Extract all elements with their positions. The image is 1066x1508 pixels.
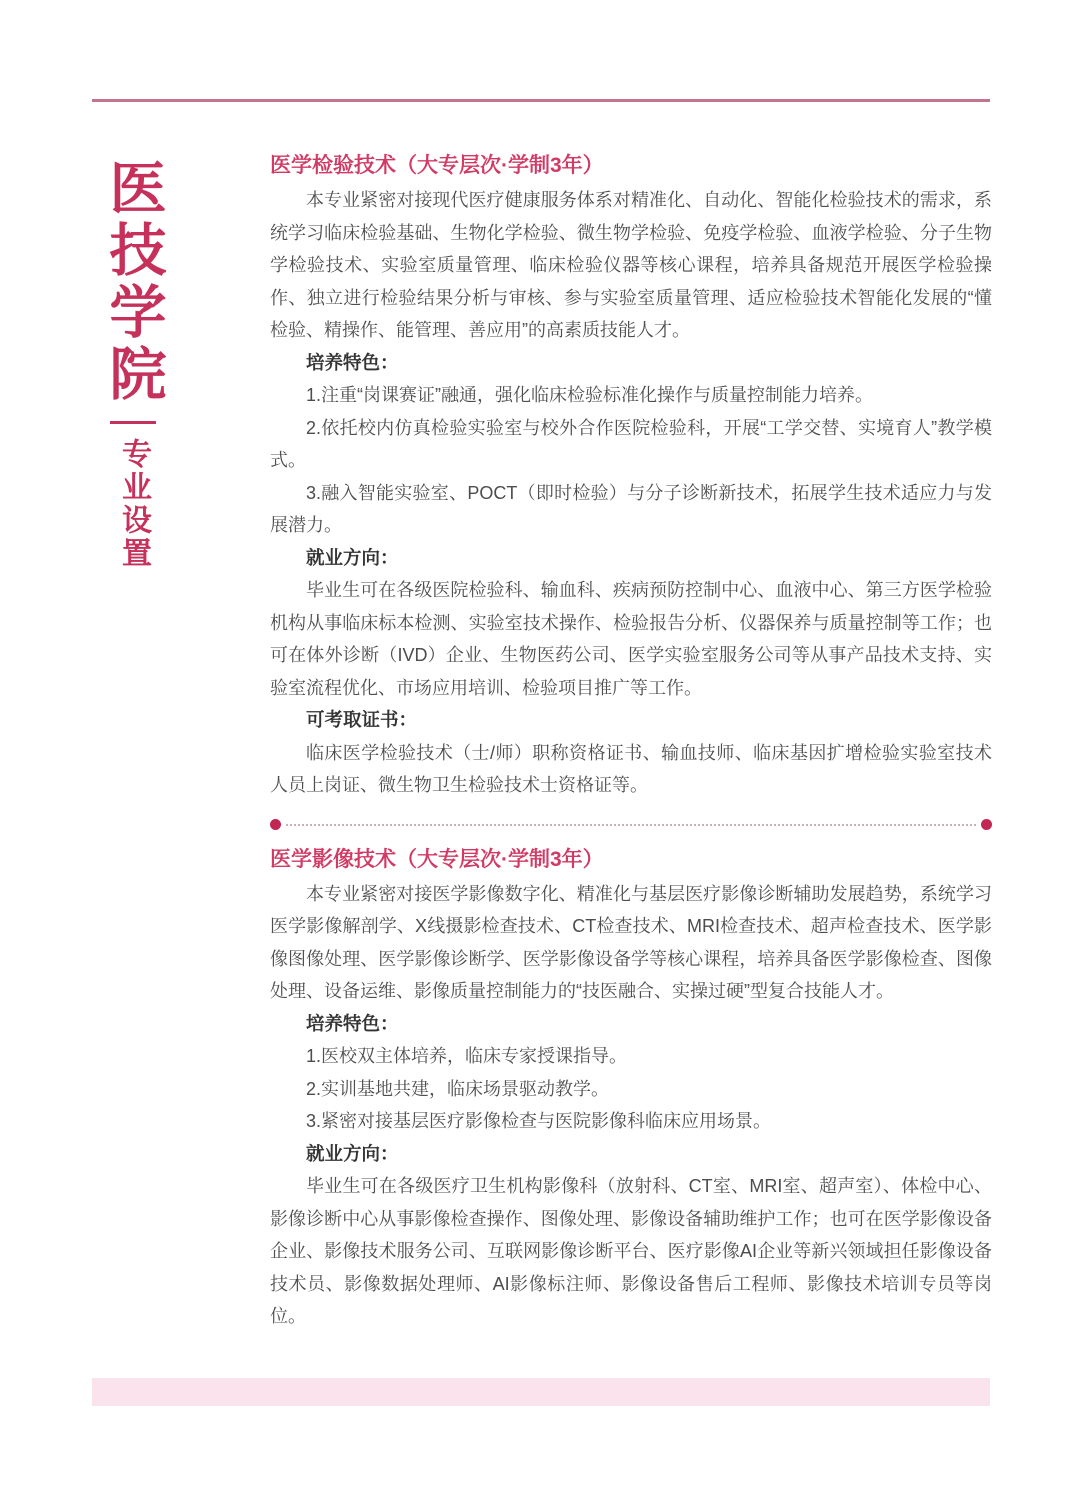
- top-divider-line: [92, 99, 990, 102]
- certificates-paragraph: 临床医学检验技术（士/师）职称资格证书、输血技师、临床基因扩增检验实验室技术人员…: [270, 737, 992, 802]
- career-heading: 就业方向：: [270, 542, 992, 575]
- feature-item: 2.依托校内仿真检验实验室与校外合作医院检验科，开展“工学交替、实境育人”教学模…: [270, 412, 992, 477]
- sidebar-divider-line: [110, 421, 156, 424]
- brochure-page: 医技学院 专业设置 医学检验技术（大专层次·学制3年） 本专业紧密对接现代医疗健…: [0, 0, 1066, 1508]
- feature-item: 3.融入智能实验室、POCT（即时检验）与分子诊断新技术，拓展学生技术适应力与发…: [270, 477, 992, 542]
- sidebar-subtitle-vertical: 专业设置: [115, 438, 151, 570]
- divider-dotted-line: [286, 824, 976, 826]
- section-medical-imaging-technology: 医学影像技术（大专层次·学制3年） 本专业紧密对接医学影像数字化、精准化与基层医…: [270, 844, 992, 1333]
- section-divider: [270, 819, 992, 831]
- feature-item: 3.紧密对接基层医疗影像检查与医院影像科临床应用场景。: [270, 1105, 992, 1138]
- feature-item: 1.医校双主体培养，临床专家授课指导。: [270, 1040, 992, 1073]
- features-heading: 培养特色：: [270, 1008, 992, 1041]
- career-paragraph: 毕业生可在各级医院检验科、输血科、疾病预防控制中心、血液中心、第三方医学检验机构…: [270, 574, 992, 704]
- certificates-heading: 可考取证书：: [270, 704, 992, 737]
- sidebar: 医技学院 专业设置: [100, 158, 166, 570]
- section-intro-paragraph: 本专业紧密对接现代医疗健康服务体系对精准化、自动化、智能化检验技术的需求，系统学…: [270, 184, 992, 347]
- features-heading: 培养特色：: [270, 347, 992, 380]
- career-heading: 就业方向：: [270, 1138, 992, 1171]
- bottom-accent-bar: [92, 1378, 990, 1406]
- divider-dot-left: [270, 819, 281, 830]
- section-title: 医学检验技术（大专层次·学制3年）: [270, 150, 992, 182]
- section-medical-lab-technology: 医学检验技术（大专层次·学制3年） 本专业紧密对接现代医疗健康服务体系对精准化、…: [270, 150, 992, 802]
- section-title: 医学影像技术（大专层次·学制3年）: [270, 844, 992, 876]
- career-paragraph: 毕业生可在各级医疗卫生机构影像科（放射科、CT室、MRI室、超声室）、体检中心、…: [270, 1170, 992, 1333]
- section-intro-paragraph: 本专业紧密对接医学影像数字化、精准化与基层医疗影像诊断辅助发展趋势，系统学习医学…: [270, 878, 992, 1008]
- feature-item: 1.注重“岗课赛证”融通，强化临床检验标准化操作与质量控制能力培养。: [270, 379, 992, 412]
- feature-item: 2.实训基地共建，临床场景驱动教学。: [270, 1073, 992, 1106]
- college-title-vertical: 医技学院: [100, 158, 166, 406]
- main-content: 医学检验技术（大专层次·学制3年） 本专业紧密对接现代医疗健康服务体系对精准化、…: [270, 150, 992, 1333]
- divider-dot-right: [981, 819, 992, 830]
